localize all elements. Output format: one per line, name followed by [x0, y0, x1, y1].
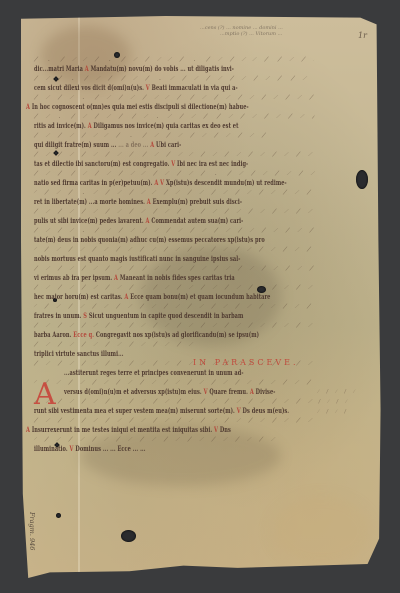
line-text: natio sed firma caritas in p(er)petuu(m)… — [34, 178, 152, 187]
rubric-heading: IN PARASCEVE. — [193, 358, 299, 367]
line-text: ret in libertate(m) ...a morte homines. — [34, 197, 145, 206]
rubric-marker: V — [171, 159, 175, 168]
neume-row: / ⁄ / ⁄ / ⁄ / ⁄ / / ⁄ / ⁄ ⁄ / ⁄ / ⁄ / ⁄ … — [33, 151, 316, 159]
text-line: / ⁄ / ⁄ . / ⁄ / ⁄ / ⁄ / ⁄ / ⁄ / ⁄ / ⁄ / … — [34, 227, 314, 246]
rubric-marker: V — [70, 444, 74, 453]
neume-row: / ⁄ / ⁄ / ⁄ / ⁄ / ⁄ / ⁄ / ⁄ — [33, 341, 316, 349]
text-line: / ⁄ / ⁄ / ⁄ / ⁄ / ⁄ / ⁄ / ⁄ / ⁄ / ⁄ / ⁄ … — [34, 322, 314, 341]
neume-row: / ⁄ / ⁄ / ⁄ / ⁄ / ⁄ / ⁄ / ⁄ / ⁄ / ⁄ / ⁄ … — [33, 398, 316, 406]
line-text: barba Aaron. — [34, 330, 71, 339]
line-text: Mandatu(m) novu(m) do vobis ... ut dilig… — [91, 64, 234, 73]
neume-row: / ⁄ / . / ⁄ / / ⁄ / . ⁄ / ⁄ / ⁄ / ⁄ / ⁄ … — [33, 75, 316, 83]
rubric-marker: Ecce q. — [73, 330, 94, 339]
text-line: / ⁄ . / ⁄ / ⁄ / / ⁄ . ⁄ / ⁄ / / ⁄ / ⁄ / … — [34, 113, 314, 132]
header-note-line: ...mptio (?) ... Vitorum ... — [200, 31, 350, 37]
text-line: / ⁄ / / ⁄ / ⁄ / ⁄ ⁄ / ⁄ / ⁄ / . / ⁄ / ⁄ … — [34, 170, 314, 189]
line-text: runt sibi vestimenta mea et super vestem… — [34, 406, 235, 415]
text-line: ⁄ / ⁄ / ⁄ / ⁄ / ⁄ / ⁄ / ⁄ / ⁄ / ⁄ / ⁄ / … — [34, 246, 314, 265]
line-text: ... a deo ... — [118, 140, 148, 149]
line-text: Exemplu(m) prebuit suis disci- — [153, 197, 242, 206]
text-line: / ⁄ / ⁄ . / ⁄ / ⁄ / ⁄ ⁄ / / ⁄ / ⁄ / ⁄ / … — [34, 94, 314, 113]
line-text: tas et dilectio ibi sanctoru(m) est cong… — [34, 159, 169, 168]
neume-row: / ⁄ / ⁄ / ⁄ / ⁄ / ⁄ / ⁄ / ⁄ / ⁄ / ⁄ / ⁄ … — [33, 208, 316, 216]
line-text: Ibi nec ira est nec indig- — [177, 159, 248, 168]
neume-row: / ⁄ / ⁄ . / ⁄ / ⁄ / ⁄ ⁄ / / ⁄ / ⁄ / ⁄ / … — [33, 94, 316, 102]
line-text: Ubi cari- — [156, 140, 181, 149]
hole-icon — [356, 170, 368, 189]
neume-row: ⁄ / ⁄ / ⁄ / ⁄ / ⁄ / ⁄ / ⁄ / ⁄ / ⁄ / ⁄ / … — [33, 436, 316, 444]
line-text: qui diligit fratre(m) suum ... — [34, 140, 116, 149]
line-text: dic...matri Maria — [34, 64, 83, 73]
line-text: versus d(omi)n(u)m et adversus xp(istu)m… — [64, 387, 202, 396]
rubric-marker: A — [146, 216, 150, 225]
decorated-initial: A — [34, 380, 56, 410]
neume-row: ⁄ / ⁄ / . ⁄ / ⁄ / ⁄ ⁄ / ⁄ / ⁄ / ⁄ / ⁄ / … — [33, 189, 316, 197]
rubric-marker: A — [250, 387, 254, 396]
rubric-marker: A V — [154, 178, 164, 187]
line-text: Ecce ... ... — [117, 444, 145, 453]
rubric-marker: V — [204, 387, 208, 396]
text-line: / ⁄ / ⁄ / ⁄ ⁄ / . / ⁄ / ⁄ / ⁄ / ⁄ / ⁄ / … — [34, 132, 314, 151]
neume-row: ⁄ / ⁄ / ⁄ / ⁄ / ⁄ / ⁄ / ⁄ / ⁄ / ⁄ / ⁄ / … — [33, 303, 316, 311]
line-text: Quare fremu. — [209, 387, 248, 396]
line-text: Beati immaculati in via qui a- — [152, 83, 238, 92]
rubric-marker: A — [88, 121, 92, 130]
text-line: / ⁄ / ⁄ / ⁄ / ⁄ / / ⁄ / ⁄ / ⁄ / ⁄ / ⁄ / … — [34, 265, 314, 284]
line-text: nobis mortuus est quanto magis iustifica… — [34, 254, 240, 263]
pricking-mark-icon — [56, 513, 61, 518]
text-line: / ⁄ / ⁄ / ⁄ / ⁄ / ⁄ / ⁄ / ⁄ / ⁄ / ⁄ / ⁄ … — [34, 284, 314, 303]
rubric-marker: V — [237, 406, 241, 415]
line-text: Dns — [220, 425, 231, 434]
rubric-marker: A — [114, 273, 118, 282]
text-line: / ⁄ / ⁄ / ⁄ / ⁄ / ⁄ / ⁄ / ⁄ / ⁄ / ⁄ / ⁄ … — [34, 208, 314, 227]
neume-row: / ⁄ / / ⁄ / ⁄ / ⁄ ⁄ / ⁄ / ⁄ / . / ⁄ / ⁄ … — [33, 170, 316, 178]
rubric-marker: V — [146, 83, 150, 92]
rubric-marker: A — [26, 425, 30, 434]
neume-row: ⁄ / ⁄ / ⁄ / ⁄ / ⁄ / ⁄ / ⁄ / ⁄ / ⁄ / ⁄ / … — [33, 246, 316, 254]
neume-row: ⁄ / ⁄ / ⁄ / ⁄ / ⁄ / ⁄ / ⁄ / ⁄ / ⁄ / ⁄ / … — [33, 379, 316, 387]
rubric-marker: A — [85, 64, 89, 73]
neume-row: / ⁄ . / ⁄ / ⁄ / / ⁄ . ⁄ / ⁄ / / ⁄ / ⁄ / … — [33, 113, 316, 121]
line-text: Sicut unguentum in capite quod descendit… — [89, 311, 244, 320]
line-text: fratres in unum. — [34, 311, 81, 320]
text-line: / . / ⁄ ⁄ / . / ⁄ / ⁄ ⁄ / . / ⁄ / ⁄ ⁄ / … — [34, 56, 314, 75]
line-text: Diligamus nos invice(m) quia caritas ex … — [94, 121, 239, 130]
neume-row: / ⁄ / ⁄ / ⁄ / ⁄ / ⁄ / ⁄ / ⁄ / ⁄ / ⁄ / ⁄ … — [33, 417, 316, 425]
text-line: / ⁄ / ⁄ / ⁄ / ⁄ / ⁄ / ⁄ / ⁄ / ⁄ / ⁄ / ⁄ … — [34, 417, 314, 436]
line-text: cem sicut dilexi vos dicit d(omi)n(u)s. — [34, 83, 144, 92]
stain — [271, 496, 371, 566]
line-text: Divise- — [256, 387, 276, 396]
line-text: Congregavit nos xp(istu)s ad glorificand… — [96, 330, 259, 339]
text-line: / ⁄ / ⁄ / ⁄ / ⁄ / ⁄ / ⁄ / ⁄ / ⁄ / ⁄ / ⁄ … — [34, 398, 314, 417]
rubric-marker: A — [147, 197, 151, 206]
line-text: pulis ut sibi invice(m) pedes lavarent. — [34, 216, 144, 225]
line-text: Ds deus m(eu)s. — [243, 406, 290, 415]
text-block: / . / ⁄ ⁄ / . / ⁄ / ⁄ ⁄ / . / ⁄ / ⁄ ⁄ / … — [34, 56, 314, 455]
header-annotation: ...cens (?) ... nomine ... domini ... ..… — [200, 25, 350, 37]
neume-row: / . / ⁄ ⁄ / . / ⁄ / ⁄ ⁄ / . / ⁄ / ⁄ ⁄ / … — [33, 56, 316, 64]
neume-row: / ⁄ / ⁄ / ⁄ / ⁄ / ⁄ / ⁄ / ⁄ / ⁄ / ⁄ / ⁄ … — [33, 284, 316, 292]
neume-row: / ⁄ / ⁄ / ⁄ / ⁄ / ⁄ / ⁄ / ⁄ / ⁄ / ⁄ / ⁄ … — [33, 322, 316, 330]
text-line: / ⁄ / ⁄ / ⁄ / ⁄ / / ⁄ / ⁄ ⁄ / ⁄ / ⁄ / ⁄ … — [34, 151, 314, 170]
line-text: Maneant in nobis fides spes caritas tria — [120, 273, 235, 282]
rubric-marker: A — [124, 292, 128, 301]
line-text: Ecce quam bonu(m) et quam iocundum habit… — [130, 292, 270, 301]
text-line: ⁄ / ⁄ / ⁄ / ⁄ / ⁄ / ⁄ / ⁄ / ⁄ / ⁄ / ⁄ / … — [34, 436, 314, 455]
neume-row: / ⁄ / ⁄ / ⁄ / ⁄ / / ⁄ / ⁄ / ⁄ / ⁄ / ⁄ / … — [33, 265, 316, 273]
line-text: hec maior horu(m) est caritas. — [34, 292, 123, 301]
folio-number: 1r — [358, 31, 367, 40]
rubric-marker: A — [26, 102, 30, 111]
text-line: / ⁄ / . / ⁄ / / ⁄ / . ⁄ / ⁄ / ⁄ / ⁄ / ⁄ … — [34, 75, 314, 94]
margin-neumes: ⁄ / ⁄ / ⁄ / ⁄ / ⁄ ⁄ / ⁄ / — [318, 387, 357, 417]
line-text: In hoc cognoscent o(mn)es quia mei estis… — [32, 102, 249, 111]
neume-row: / ⁄ / ⁄ . / ⁄ / ⁄ / ⁄ / ⁄ / ⁄ / ⁄ / ⁄ / … — [33, 227, 316, 235]
line-text: ritis ad invice(m). — [34, 121, 86, 130]
rubric-marker: S — [83, 311, 87, 320]
line-text: illuminatio. — [34, 444, 68, 453]
hole-icon — [121, 530, 136, 542]
line-text: tate(m) deus in nobis quonia(m) adhuc cu… — [34, 235, 265, 244]
line-text: Dominus ... ... — [75, 444, 115, 453]
line-text: triplici virtute sanctus illumi... — [34, 349, 124, 358]
line-text: Insurrexerunt in me testes iniqui et men… — [32, 425, 212, 434]
shelfmark-annotation: Fragm. 946 — [28, 512, 36, 550]
text-line: ⁄ / ⁄ / ⁄ / ⁄ / ⁄ / ⁄ / ⁄ / ⁄ / ⁄ / ⁄ / … — [34, 303, 314, 322]
line-text: ...astiterunt reges terre et principes c… — [64, 368, 243, 377]
text-line: ⁄ / ⁄ / ⁄ / ⁄ / ⁄ / ⁄ / ⁄ / ⁄ / ⁄ / ⁄ / … — [34, 379, 314, 398]
line-text: Xp(istu)s descendit mundu(m) ut redime- — [166, 178, 287, 187]
rubric-marker: V — [214, 425, 218, 434]
text-line: ⁄ / ⁄ / . ⁄ / ⁄ / ⁄ ⁄ / ⁄ / ⁄ / ⁄ / ⁄ / … — [34, 189, 314, 208]
line-text: vi erimus ab ira per ipsum. — [34, 273, 112, 282]
neume-row: / ⁄ / ⁄ / ⁄ ⁄ / . / ⁄ / ⁄ / ⁄ / ⁄ / ⁄ / — [33, 132, 316, 140]
line-text: Commendat autem sua(m) cari- — [151, 216, 243, 225]
rubric-marker: A — [150, 140, 154, 149]
